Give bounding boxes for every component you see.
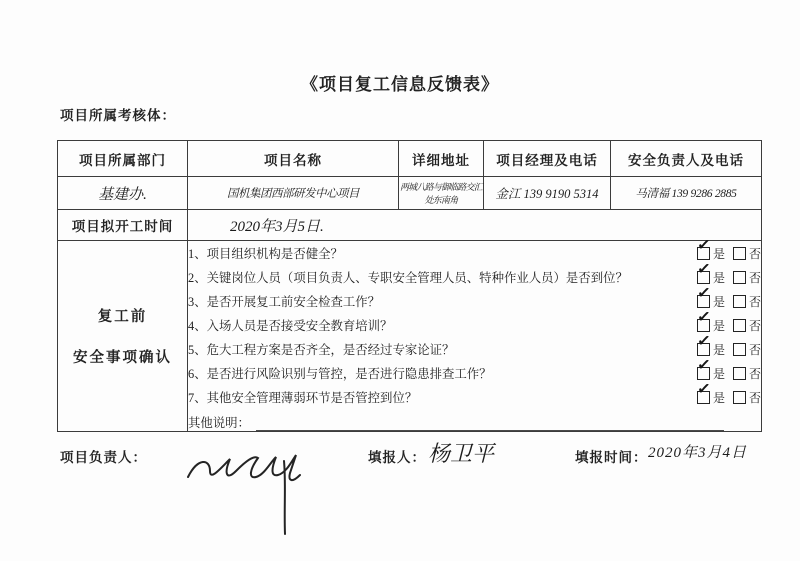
no-checkbox [733,247,746,260]
form-title: 《项目复工信息反馈表》 [0,70,800,95]
question-text: 7、其他安全管理薄弱环节是否管控到位？ [188,388,417,406]
other-notes-row: 其他说明： [188,411,761,431]
check-mark-icon: ✓ [696,333,711,350]
checklist-row: 复工前 安全事项确认 1、项目组织机构是否健全？ ✓是 否 2、关键岗位人员（项… [58,241,762,432]
check-mark-icon: ✓ [696,237,711,254]
scanned-form-page: 《项目复工信息反馈表》 项目所属考核体： 项目所属部门 项目名称 详细地址 项目… [0,0,800,561]
question-text: 2、关键岗位人员（项目负责人、专职安全管理人员、特种作业人员）是否到位？ [188,268,628,286]
checklist-question: 1、项目组织机构是否健全？ ✓是 否 [188,241,761,265]
checklist-question: 4、入场人员是否接受安全教育培训？ ✓是 否 [188,313,761,337]
column-header-project-name: 项目名称 [188,141,399,177]
yes-checkbox: ✓ [697,319,710,332]
column-header-safety-phone: 安全负责人及电话 [611,141,762,177]
no-checkbox [733,319,746,332]
handwritten-data-row: 基建办. 国机集团西部研发中心项目 两城八路与御临路交汇处东南角 金江 139 … [58,177,762,210]
project-leader-label: 项目负责人： [60,446,147,466]
assessment-body-label: 项目所属考核体： [60,104,176,124]
answer-group: ✓是 否 [697,269,761,286]
question-text: 3、是否开展复工前安全检查工作？ [188,292,380,310]
no-checkbox [733,343,746,356]
section-label-line2: 安全事项确认 [58,346,187,367]
yes-label: 是 [713,245,725,262]
no-label: 否 [749,389,761,406]
question-text: 4、入场人员是否接受安全教育培训？ [188,316,392,334]
yes-checkbox: ✓ [697,247,710,260]
yes-label: 是 [713,365,725,382]
start-time-row: 项目拟开工时间 2020年3月5日. [58,210,762,241]
question-text: 5、危大工程方案是否齐全，是否经过专家论证？ [188,340,454,358]
filler-signature: 杨卫平 [428,437,494,468]
safety-phone-value: 马清福 139 9286 2885 [611,177,762,210]
no-label: 否 [749,365,761,382]
checklist-question: 3、是否开展复工前安全检查工作？ ✓是 否 [188,289,761,313]
no-label: 否 [749,269,761,286]
address-value: 两城八路与御临路交汇处东南角 [399,177,484,210]
check-mark-icon: ✓ [696,381,711,398]
yes-label: 是 [713,341,725,358]
check-mark-icon: ✓ [696,285,711,302]
start-time-label: 项目拟开工时间 [58,210,188,241]
manager-phone-value: 金江 139 9190 5314 [484,177,611,210]
column-header-manager-phone: 项目经理及电话 [484,141,611,177]
project-name-value: 国机集团西部研发中心项目 [188,177,399,210]
fill-time-value: 2020年3月4日 [648,441,747,462]
filler-label: 填报人： [368,446,426,466]
check-mark-icon: ✓ [696,309,711,326]
no-label: 否 [749,293,761,310]
column-header-department: 项目所属部门 [58,141,188,177]
question-text: 1、项目组织机构是否健全？ [188,244,343,262]
start-time-value: 2020年3月5日. [188,215,324,236]
answer-group: ✓是 否 [697,317,761,334]
checklist-questions-cell: 1、项目组织机构是否健全？ ✓是 否 2、关键岗位人员（项目负责人、专职安全管理… [188,241,762,432]
section-label-line1: 复工前 [58,305,187,326]
column-header-address: 详细地址 [399,141,484,177]
checklist-question: 2、关键岗位人员（项目负责人、专职安全管理人员、特种作业人员）是否到位？ ✓是 … [188,265,761,289]
no-label: 否 [749,317,761,334]
yes-checkbox: ✓ [697,391,710,404]
other-notes-underline [256,417,724,431]
no-checkbox [733,295,746,308]
yes-checkbox: ✓ [697,367,710,380]
check-mark-icon: ✓ [696,261,711,278]
checklist-question: 6、是否进行风险识别与管控，是否进行隐患排查工作？ ✓是 否 [188,361,761,385]
checklist-question: 5、危大工程方案是否齐全，是否经过专家论证？ ✓是 否 [188,337,761,361]
project-leader-signature [180,431,330,536]
no-label: 否 [749,245,761,262]
checklist-section-label: 复工前 安全事项确认 [58,241,188,432]
department-value: 基建办. [58,177,188,210]
answer-group: ✓是 否 [697,293,761,310]
yes-label: 是 [713,269,725,286]
fill-time-label: 填报时间： [575,446,648,466]
yes-checkbox: ✓ [697,343,710,356]
feedback-table: 项目所属部门 项目名称 详细地址 项目经理及电话 安全负责人及电话 基建办. 国… [57,140,762,432]
form-footer: 项目负责人： 填报人： 杨卫平 填报时间： 2020年3月4日 [0,443,800,553]
start-time-cell: 2020年3月5日. [188,210,762,241]
no-label: 否 [749,341,761,358]
yes-checkbox: ✓ [697,295,710,308]
answer-group: ✓是 否 [697,365,761,382]
checklist-question: 7、其他安全管理薄弱环节是否管控到位？ ✓是 否 [188,385,761,409]
yes-label: 是 [713,389,725,406]
no-checkbox [733,367,746,380]
check-mark-icon: ✓ [696,357,711,374]
yes-checkbox: ✓ [697,271,710,284]
question-text: 6、是否进行风险识别与管控，是否进行隐患排查工作？ [188,364,492,382]
other-notes-label: 其他说明： [188,413,250,431]
header-row: 项目所属部门 项目名称 详细地址 项目经理及电话 安全负责人及电话 [58,141,762,177]
answer-group: ✓是 否 [697,245,761,262]
yes-label: 是 [713,293,725,310]
yes-label: 是 [713,317,725,334]
answer-group: ✓是 否 [697,389,761,406]
no-checkbox [733,391,746,404]
answer-group: ✓是 否 [697,341,761,358]
no-checkbox [733,271,746,284]
